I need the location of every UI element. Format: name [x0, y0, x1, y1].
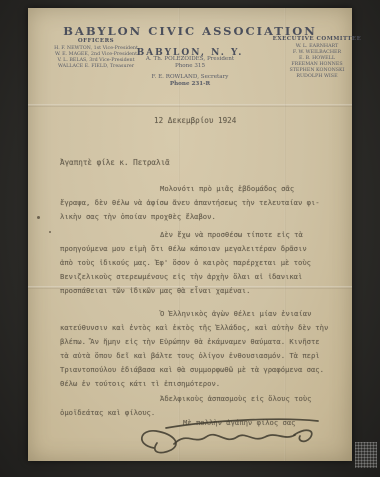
- president-phone: Phone 315: [128, 63, 252, 70]
- ink-speck: [37, 216, 40, 219]
- paragraph-3: Ὁ Ἑλληνικὸς ἀγὼν θέλει μίαν ἑνιαίαν κατε…: [60, 307, 328, 391]
- letter-body: Μολονότι πρὸ μιᾶς ἑβδομάδος σᾶς ἔγραψα, …: [60, 182, 328, 420]
- body-line: προηγούμενα μου εἰμὴ ὅτι θέλω κάποιαν με…: [60, 242, 328, 256]
- body-line: Ἀδελφικοὺς ἀσπασμοὺς εἰς ὅλους τοὺς: [60, 392, 328, 406]
- body-line: Θέλω ἐν τούτοις κάτι τὶ ἐπισημότερον.: [60, 377, 328, 391]
- executive-title: EXECUTIVE COMMITTEE: [266, 36, 368, 42]
- body-line: βλέπω. Ἂν ἤμην εἰς τὴν Εὐρώπην θὰ ἐκάμνα…: [60, 335, 328, 349]
- signature: [132, 412, 324, 462]
- body-line: τὰ αὐτὰ ὅπου δεῖ καὶ βάλτε τους ὀλίγον ἐ…: [60, 349, 328, 363]
- body-line: Δὲν ἔχω νὰ προσθέσω τίποτε εἰς τὰ: [60, 228, 328, 242]
- executive-committee-block: EXECUTIVE COMMITTEE W. L. EARNHART F. W.…: [266, 36, 368, 80]
- fold-crease-top: [28, 104, 352, 107]
- salutation: Ἀγαπητὲ φίλε κ. Πετραλιᾶ: [60, 158, 170, 167]
- body-line: Ὁ Ἑλληνικὸς ἀγὼν θέλει μίαν ἑνιαίαν: [60, 307, 328, 321]
- body-line: προσπάθειαι τῶν ἰδικῶν μας θὰ εἶναι χαμέ…: [60, 284, 328, 298]
- body-line: ἀπὸ τοὺς ἰδικούς μας. Ἐφ' ὅσον ὁ καιρὸς …: [60, 256, 328, 270]
- corner-watermark: [355, 442, 377, 468]
- body-line: Τριαντοπούλου ἐδιάβασα καὶ θὰ συμμορφωθῶ…: [60, 363, 328, 377]
- secretary-line: F. E. ROWLAND, Secretary: [128, 74, 252, 81]
- officers-title: OFFICERS: [38, 38, 154, 44]
- body-line: Βενιζελικοὺς στερεωμένους εἰς τὴν ἀρχὴν …: [60, 270, 328, 284]
- ink-speck: [49, 231, 51, 233]
- letter-paper: BABYLON CIVIC ASSOCIATION BABYLON, N. Y.…: [28, 8, 352, 461]
- body-line: κατεύθυνσιν καὶ ἐντὸς καὶ ἐκτὸς τῆς Ἑλλά…: [60, 321, 328, 335]
- date-line: 12 Δεκεμβρίου 1924: [154, 116, 236, 125]
- body-line: ἔγραψα, δὲν θέλω νὰ ἀφίσω ἄνευ ἀπαντήσεω…: [60, 196, 328, 210]
- contact-block: A. Th. POLEZOIDES, President Phone 315 F…: [128, 56, 252, 88]
- president-line: A. Th. POLEZOIDES, President: [128, 56, 252, 63]
- body-line: λικὴν σας τὴν ὁποίαν προχθὲς ἔλαβον.: [60, 210, 328, 224]
- secretary-phone: Phone 231-R: [128, 81, 252, 88]
- paragraph-2: Δὲν ἔχω νὰ προσθέσω τίποτε εἰς τὰ προηγο…: [60, 228, 328, 298]
- paragraph-1: Μολονότι πρὸ μιᾶς ἑβδομάδος σᾶς ἔγραψα, …: [60, 182, 328, 224]
- body-line: Μολονότι πρὸ μιᾶς ἑβδομάδος σᾶς: [60, 182, 328, 196]
- committee-member: RUDOLPH WISE: [266, 74, 368, 80]
